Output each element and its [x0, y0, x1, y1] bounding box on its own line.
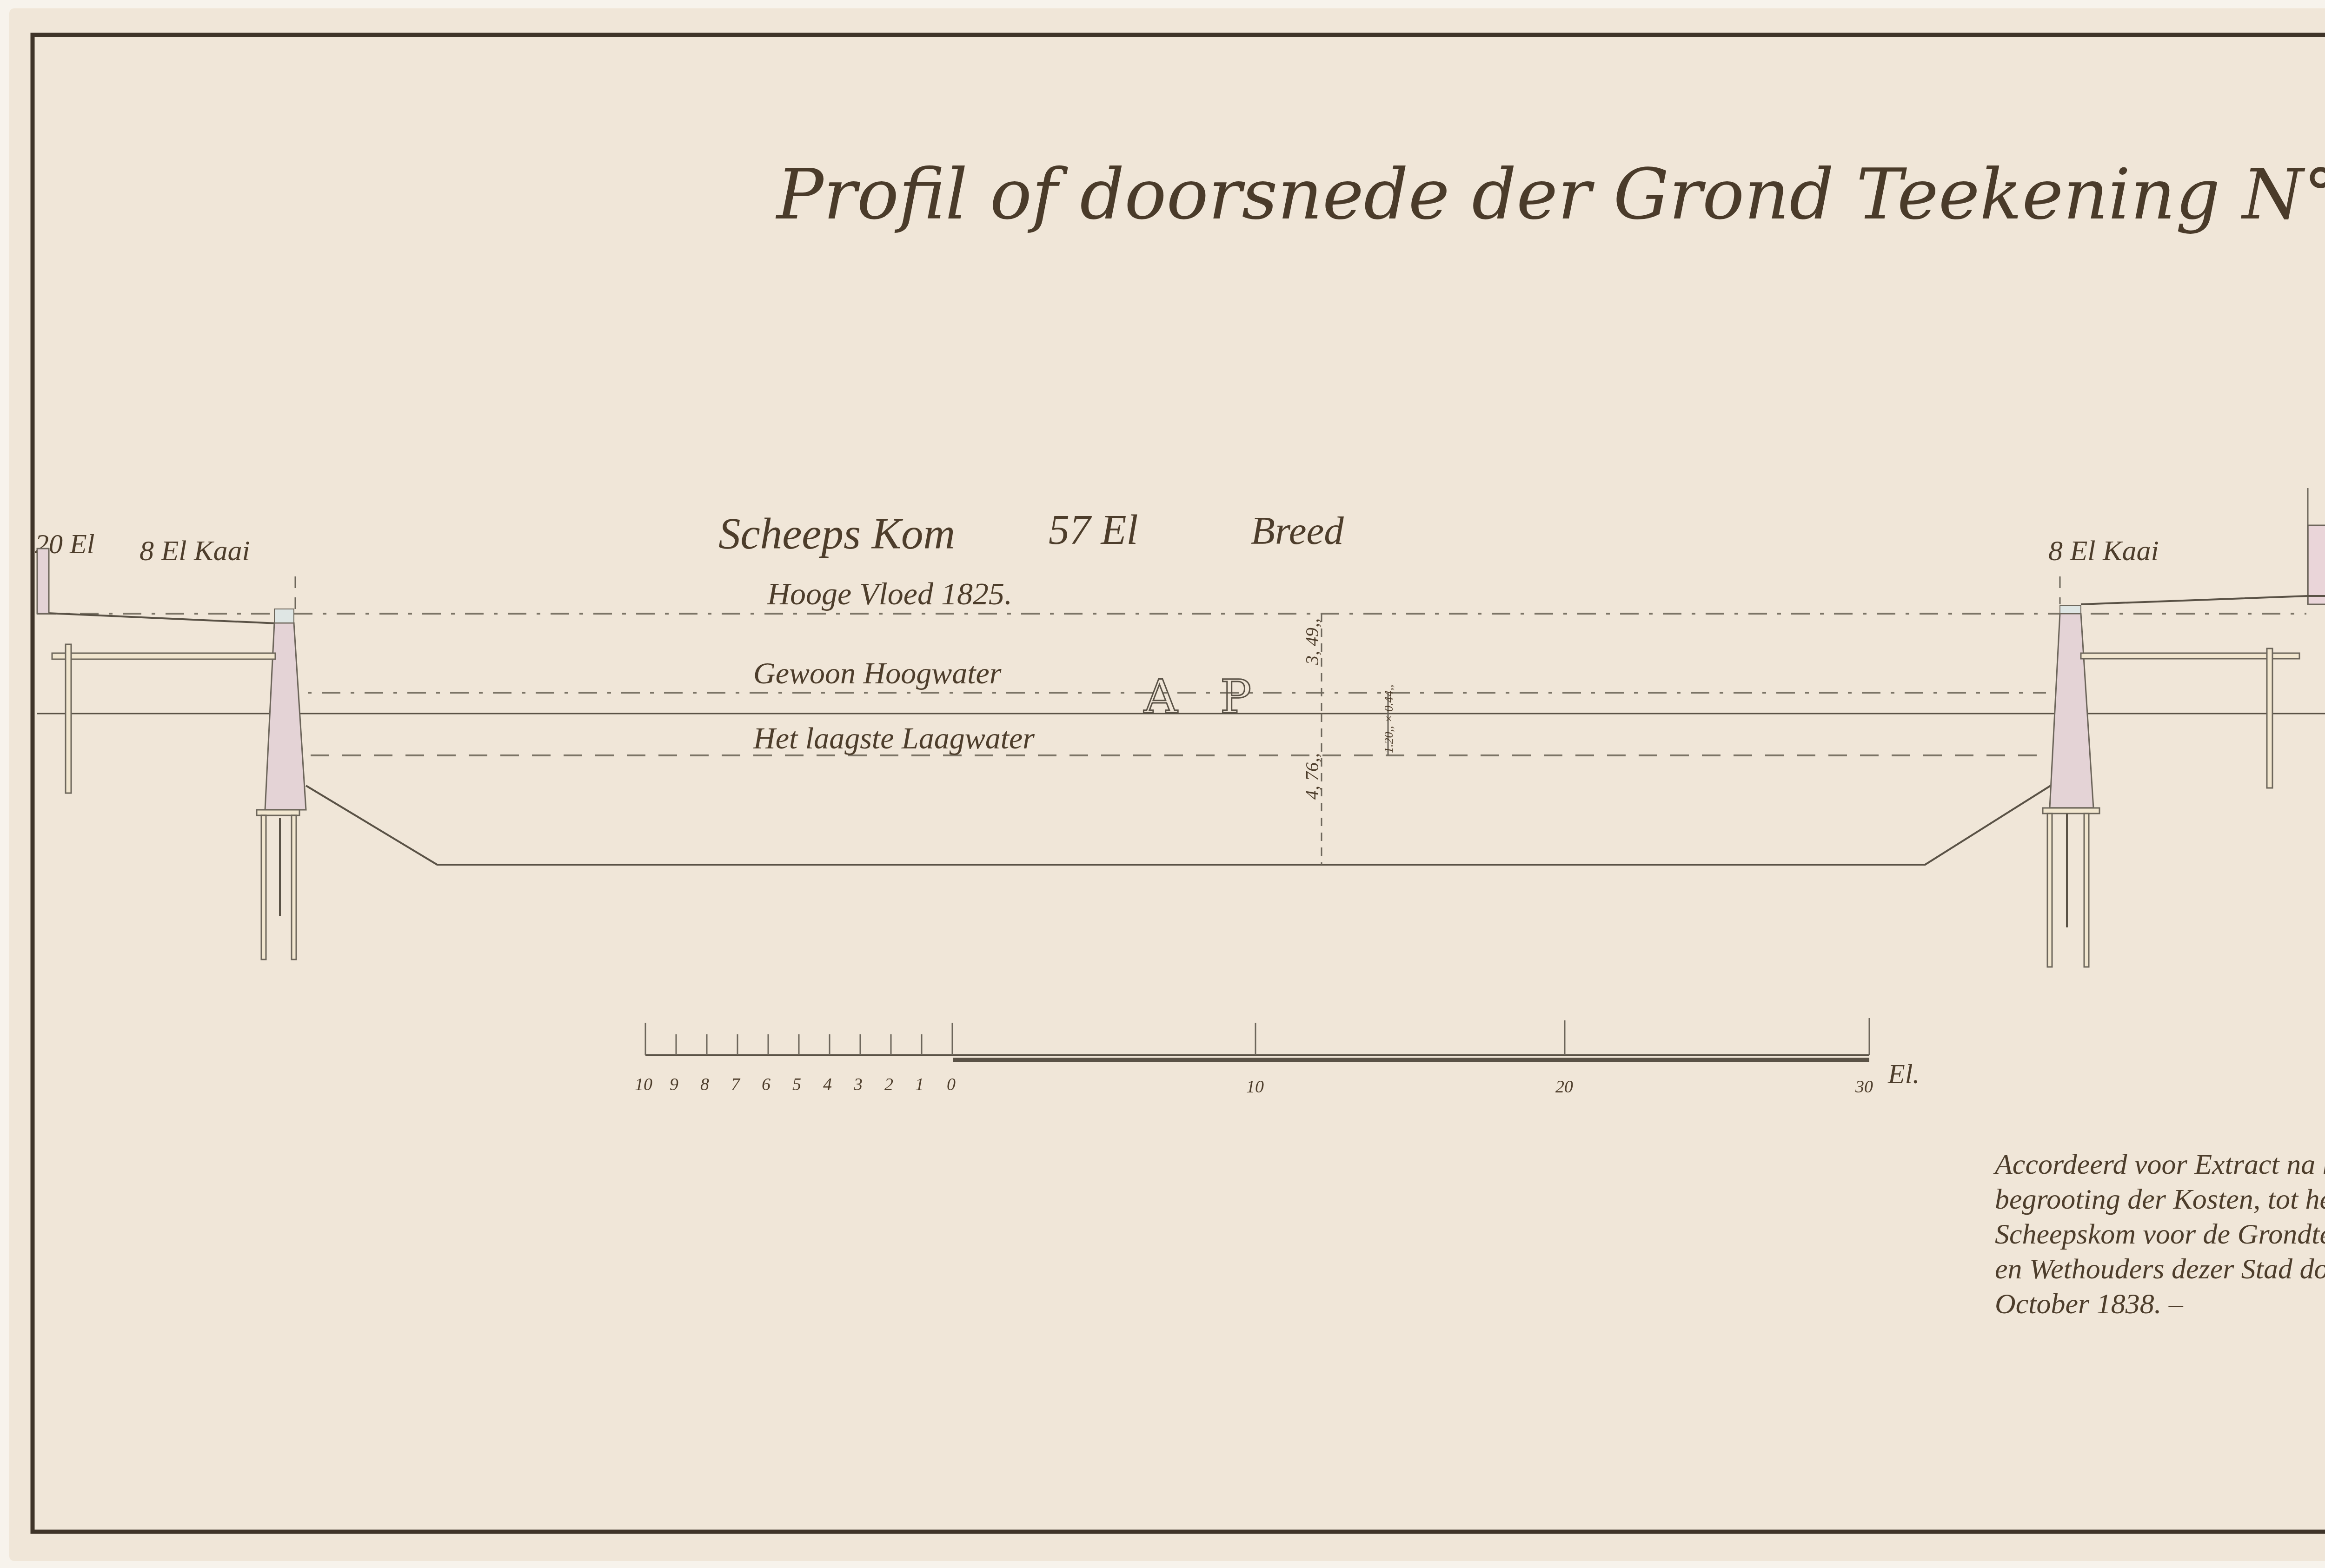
ap-marker: A P — [1143, 669, 1265, 724]
left-edge-block — [37, 549, 49, 614]
left-wall-pile-2 — [292, 815, 296, 959]
left-wall-cap — [274, 609, 294, 623]
scale-tick-label: 9 — [670, 1075, 678, 1094]
page-title: Profil of doorsnede der Grond Teekening … — [775, 154, 2325, 235]
right-wall-pile-2 — [2084, 814, 2089, 967]
annotation-line-2: begrooting der Kosten, tot het daarstell… — [1995, 1184, 2325, 1215]
right-quay-label: 8 El Kaai — [2048, 535, 2159, 567]
basin-width-suffix: Breed — [1251, 509, 1344, 553]
right-wall-footing — [2043, 808, 2099, 814]
scale-tick-label: 6 — [762, 1075, 771, 1094]
scale-tick-label: 4 — [823, 1075, 832, 1094]
dimension-above-ap: 3, 49,, — [1302, 618, 1322, 665]
scale-tick-label: 7 — [731, 1075, 741, 1094]
scale-tick-label: 8 — [700, 1075, 709, 1094]
scale-tick-label: 3 — [853, 1075, 863, 1094]
scale-tick-label: 10 — [635, 1075, 652, 1094]
buildings-block — [2308, 525, 2325, 604]
left-anchor-pile — [66, 644, 71, 793]
level-label-laagste-laagwater: Het laagste Laagwater — [753, 721, 1035, 755]
annotation-line-1: Accordeerd voor Extract na het Origineel… — [1993, 1149, 2325, 1180]
annotation-line-3: Scheepskom voor de Grondteekening N° 1. … — [1995, 1218, 2325, 1250]
dimension-below-ap: 4, 76,, — [1302, 753, 1322, 800]
right-wall-cap — [2060, 605, 2081, 614]
basin-width-value: 57 El — [1049, 507, 1138, 553]
annotation-line-4: en Wethouders dezer Stad door de Heer Jo… — [1995, 1253, 2325, 1285]
scale-tick-label: 20 — [1555, 1077, 1573, 1097]
scale-tick-label: 2 — [884, 1075, 893, 1094]
scale-tick-label: 1 — [915, 1075, 924, 1094]
scale-tick-label: 5 — [792, 1075, 801, 1094]
left-quay-label: 8 El Kaai — [139, 535, 250, 567]
basin-label: Scheeps Kom — [718, 509, 955, 558]
annotation-line-5: October 1838. – — [1995, 1288, 2184, 1320]
scale-tick-label: 0 — [947, 1075, 956, 1094]
left-anchor-beam — [52, 653, 275, 659]
scale-unit: El. — [1887, 1059, 1920, 1089]
drawing-sheet: N° 3. Profil of doorsnede der Grond Teek… — [0, 0, 2325, 1568]
scale-tick-label: 10 — [1246, 1077, 1264, 1097]
right-wall-pile-1 — [2047, 814, 2052, 967]
level-label-gewoon-hoogwater: Gewoon Hoogwater — [753, 656, 1002, 690]
dimension-tide: 1.20,, × 0.44,, — [1382, 684, 1395, 753]
right-anchor-pile — [2267, 648, 2272, 788]
left-wall-footing — [257, 810, 299, 815]
left-wall-pile-1 — [261, 815, 266, 959]
paper-sheet — [9, 8, 2325, 1561]
level-label-hooge-vloed: Hooge Vloed 1825. — [767, 576, 1012, 611]
scale-tick-label: 30 — [1855, 1077, 1873, 1097]
